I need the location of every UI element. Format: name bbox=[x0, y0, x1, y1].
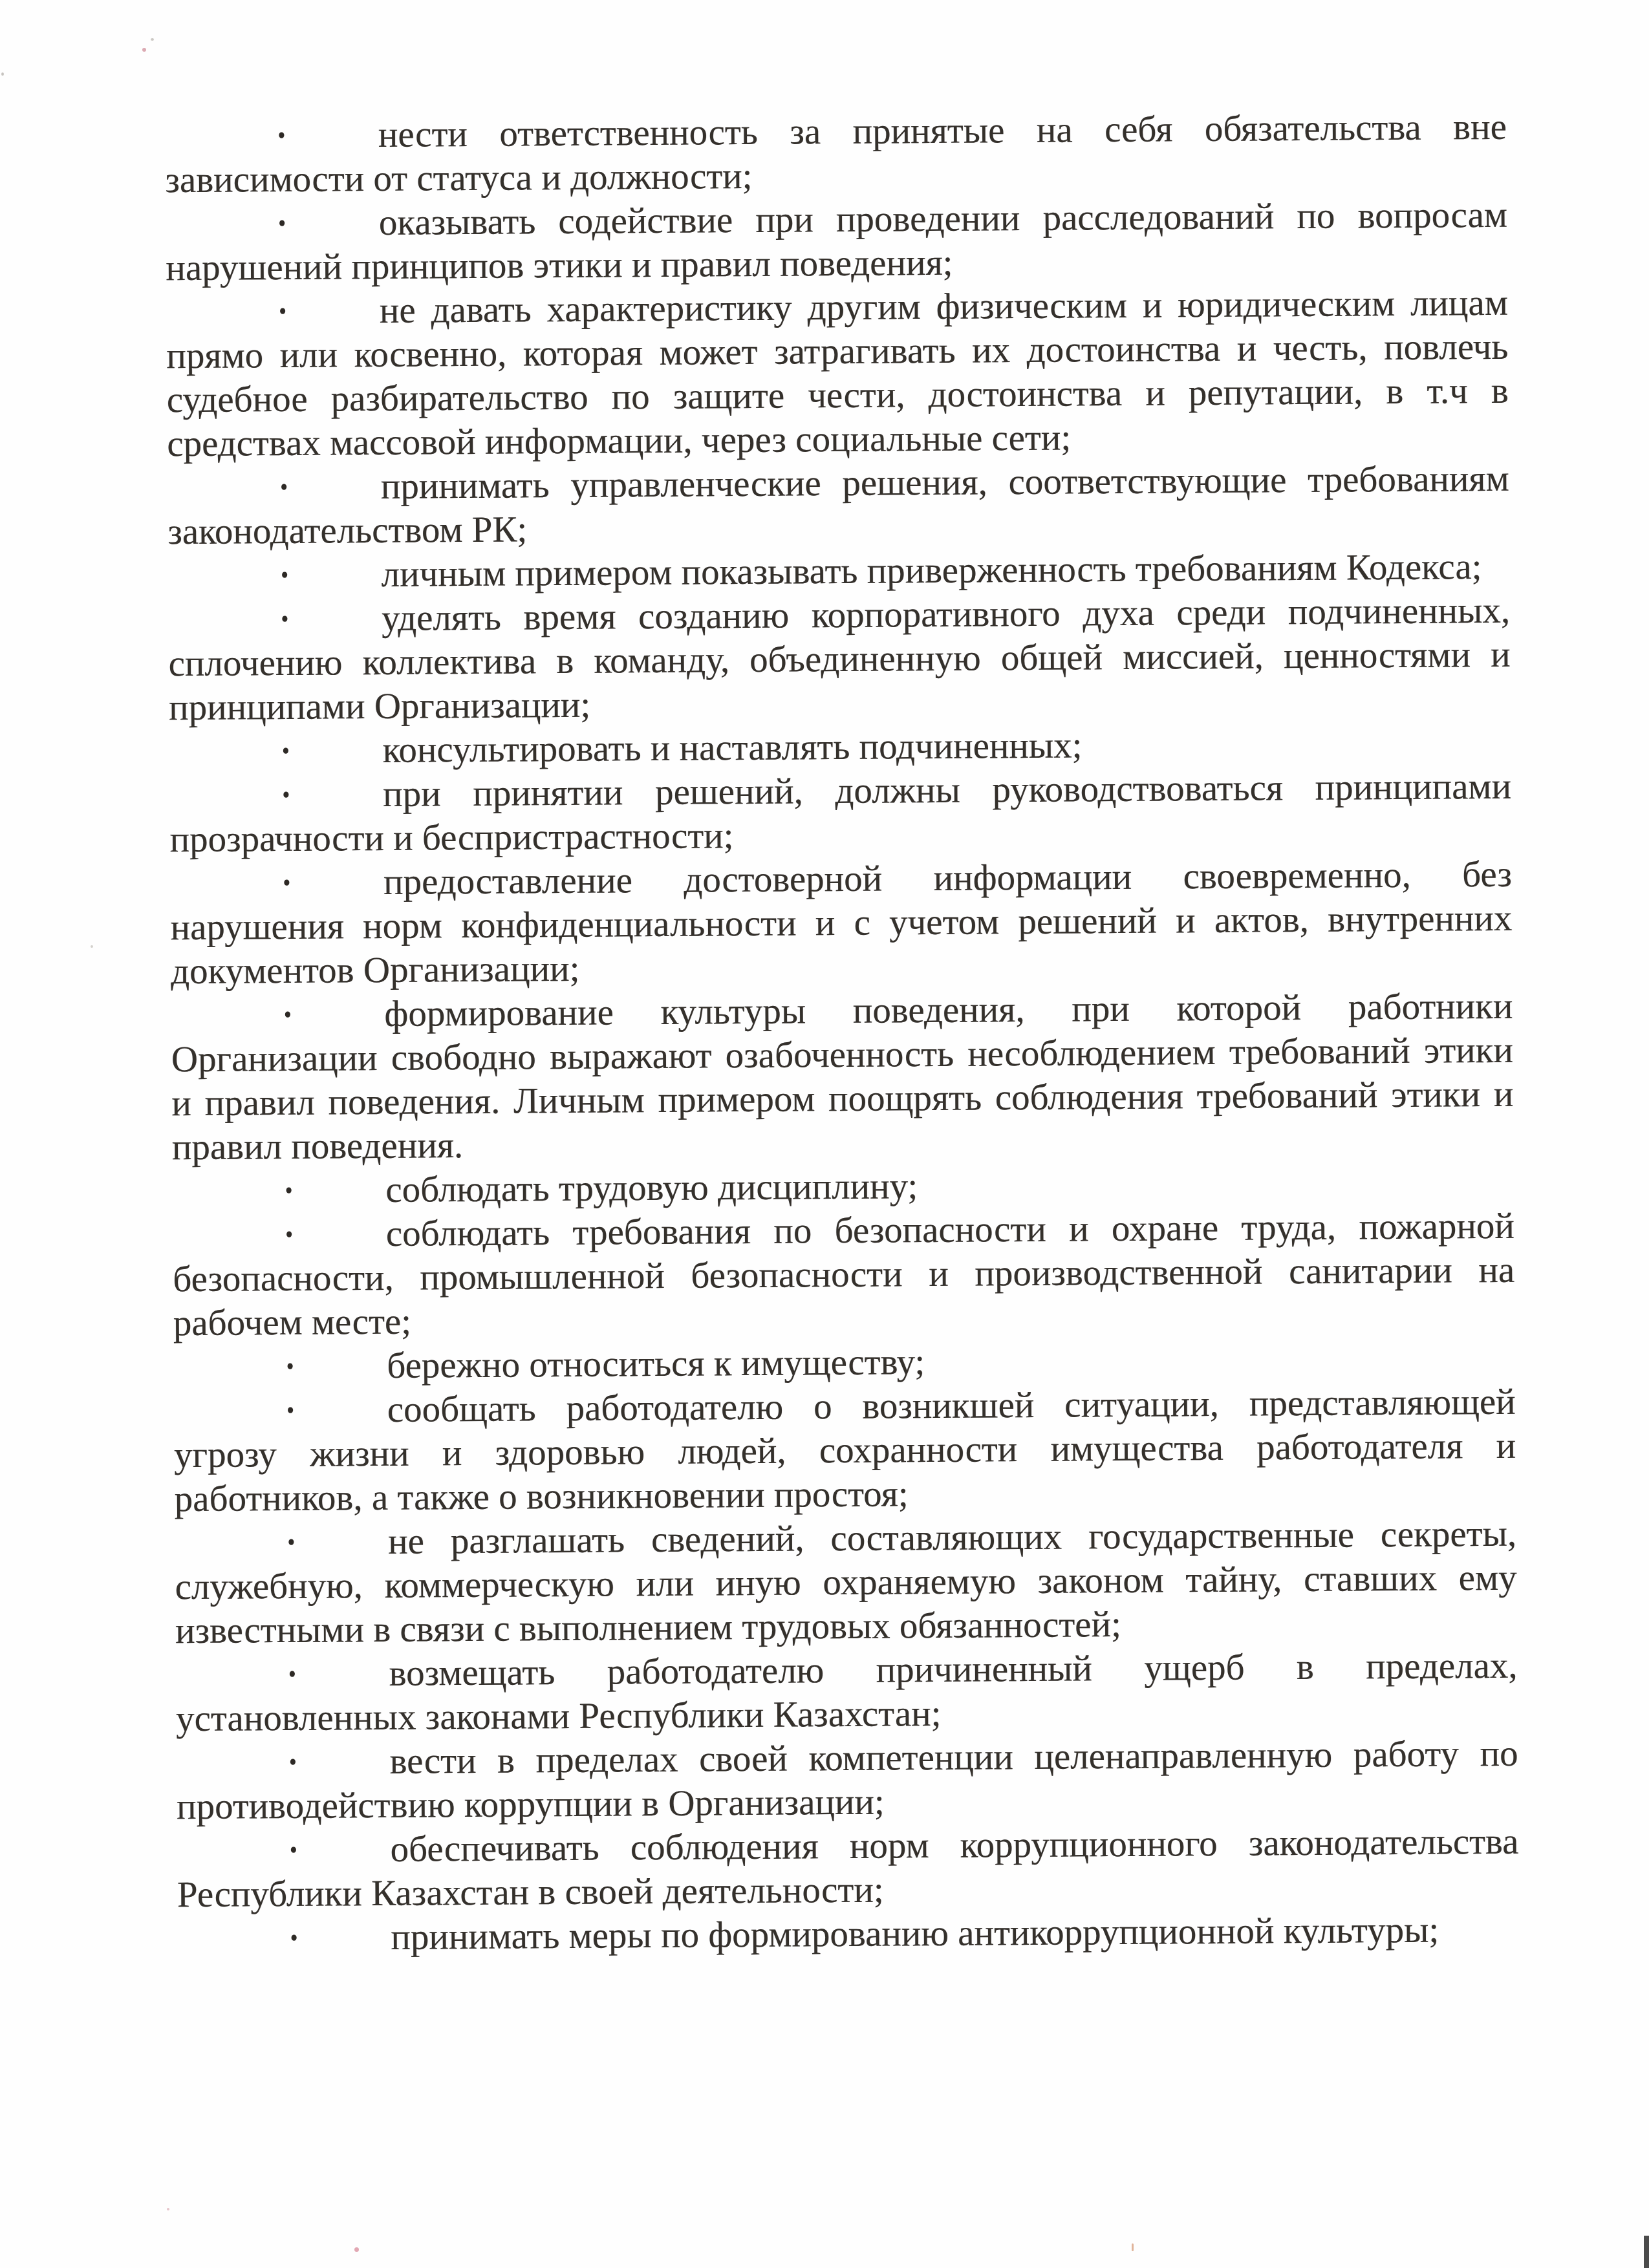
list-item-text: оказывать содействие при проведении расс… bbox=[166, 195, 1507, 288]
list-item: •оказывать содействие при проведении рас… bbox=[166, 193, 1508, 290]
bullet-icon: • bbox=[289, 1738, 297, 1786]
list-item-text: бережно относиться к имуществу; bbox=[387, 1342, 925, 1386]
list-item-text: уделять время созданию корпоративного ду… bbox=[168, 590, 1510, 728]
bullet-icon: • bbox=[290, 1826, 297, 1874]
list-item: •нести ответственность за принятые на се… bbox=[165, 105, 1507, 202]
list-item-text: принимать меры по формированию антикорру… bbox=[391, 1910, 1439, 1958]
list-item: •принимать управленческие решения, соотв… bbox=[167, 457, 1510, 554]
scanner-edge-mark bbox=[1644, 2236, 1649, 2268]
list-item: •вести в пределах своей компетенции целе… bbox=[176, 1732, 1518, 1829]
list-item: •сообщать работодателю о возникшей ситуа… bbox=[174, 1380, 1516, 1521]
scan-speck bbox=[1, 72, 4, 76]
list-item: •предоставление достоверной информации с… bbox=[170, 853, 1513, 994]
scan-speck bbox=[167, 2208, 169, 2210]
list-item-text: не давать характеристику другим физическ… bbox=[166, 283, 1509, 464]
list-item: •обеспечивать соблюдения норм коррупцион… bbox=[177, 1820, 1519, 1917]
list-item: •уделять время созданию корпоративного д… bbox=[168, 589, 1511, 730]
list-item-text: возмещать работодателю причиненный ущерб… bbox=[176, 1645, 1518, 1739]
scan-speck bbox=[91, 945, 93, 948]
list-item: •возмещать работодателю причиненный ущер… bbox=[175, 1644, 1518, 1741]
list-item: •не разглашать сведений, составляющих го… bbox=[175, 1512, 1517, 1653]
scan-speck bbox=[142, 48, 146, 52]
bullet-icon: • bbox=[287, 1519, 295, 1566]
bullet-icon: • bbox=[278, 200, 286, 247]
list-item-text: консультировать и наставлять подчиненных… bbox=[382, 725, 1082, 771]
bullet-icon: • bbox=[277, 112, 285, 159]
bullet-icon: • bbox=[288, 1651, 296, 1698]
list-item-text: обеспечивать соблюдения норм коррупционн… bbox=[177, 1821, 1519, 1915]
bullet-icon: • bbox=[282, 727, 290, 775]
list-item-text: соблюдать трудовую дисциплину; bbox=[385, 1166, 918, 1210]
bullet-icon: • bbox=[280, 464, 288, 511]
bullet-icon: • bbox=[279, 288, 286, 335]
list-item: •при принятии решений, должны руководств… bbox=[169, 765, 1512, 862]
list-item: •соблюдать требования по безопасности и … bbox=[173, 1204, 1515, 1345]
list-item-text: вести в пределах своей компетенции целен… bbox=[177, 1733, 1518, 1827]
list-item-text: формирование культуры поведения, при кот… bbox=[171, 986, 1514, 1168]
list-item-text: не разглашать сведений, составляющих гос… bbox=[175, 1514, 1516, 1651]
bullet-icon: • bbox=[284, 991, 292, 1038]
list-item: •не давать характеристику другим физичес… bbox=[166, 281, 1509, 466]
list-item-text: личным примером показывать приверженност… bbox=[382, 546, 1482, 595]
list-item-text: нести ответственность за принятые на себ… bbox=[165, 107, 1507, 200]
bullet-icon: • bbox=[286, 1387, 294, 1434]
list-item-text: сообщать работодателю о возникшей ситуац… bbox=[174, 1382, 1516, 1519]
scan-speck bbox=[151, 38, 154, 41]
bullet-icon: • bbox=[281, 551, 288, 599]
scan-speck bbox=[354, 2247, 359, 2252]
bullet-icon: • bbox=[290, 1914, 298, 1962]
document-page: •нести ответственность за принятые на се… bbox=[0, 0, 1649, 2268]
bullet-icon: • bbox=[285, 1167, 292, 1214]
list-item: •принимать меры по формированию антикорр… bbox=[177, 1908, 1519, 1961]
scan-speck bbox=[1132, 2243, 1134, 2251]
list-item-text: соблюдать требования по безопасности и о… bbox=[173, 1206, 1514, 1343]
list-item-text: при принятии решений, должны руководство… bbox=[169, 766, 1511, 860]
bullet-icon: • bbox=[281, 595, 288, 643]
bullet-icon: • bbox=[286, 1343, 294, 1390]
list-item-text: принимать управленческие решения, соотве… bbox=[167, 458, 1509, 552]
list-item-text: предоставление достоверной информации св… bbox=[170, 854, 1512, 992]
list-item: •формирование культуры поведения, при ко… bbox=[171, 985, 1514, 1170]
bullet-icon: • bbox=[285, 1211, 293, 1258]
bullet-list: •нести ответственность за принятые на се… bbox=[164, 0, 1520, 1961]
bullet-icon: • bbox=[283, 859, 290, 906]
bullet-icon: • bbox=[282, 771, 290, 818]
